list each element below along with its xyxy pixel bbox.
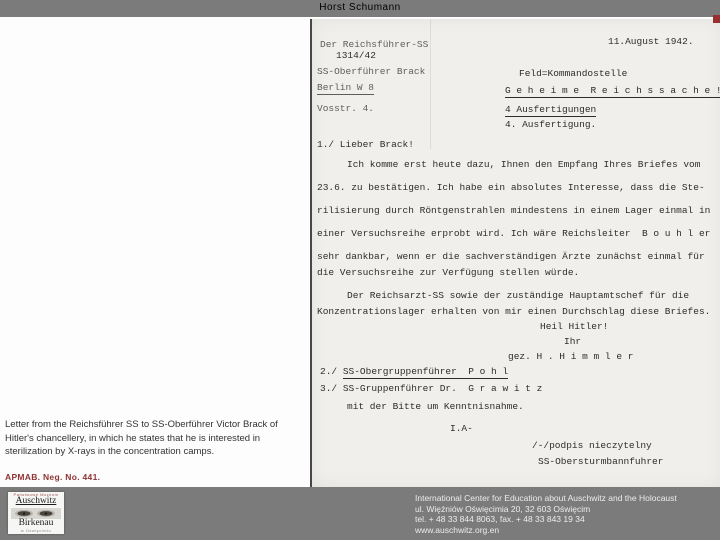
doc-body-line: die Versuchsreihe zur Verfügung stellen … [317,267,579,278]
doc-dist-note: mit der Bitte um Kenntnisnahme. [347,401,524,412]
doc-closing2: Ihr [564,336,581,347]
doc-distribution-3: 3./ SS-Gruppenführer Dr. G r a w i t z [320,383,542,394]
title-bar: Horst Schumann [0,0,720,17]
doc-sender: Der Reichsführer-SS [320,39,428,50]
footer-line-phone: tel. + 48 33 844 8063, fax. + 48 33 843 … [415,514,677,525]
footer-line-website: www.auschwitz.org.en [415,525,677,536]
doc-body-line: einer Versuchsreihe erprobt wird. Ich wä… [317,228,710,239]
paper-crease [430,19,431,149]
doc-distribution-2: 2./ SS-Obergruppenführer P o h l [320,366,508,377]
doc-dist2-prefix: 2./ [320,366,343,377]
doc-signature: gez. H . H i m m l e r [508,351,633,362]
doc-body-line: Ich komme erst heute dazu, Ihnen den Emp… [347,159,700,170]
footer-bar: Państwowe Muzeum Auschwitz Birkenau w Oś… [0,487,720,540]
doc-city: Berlin W 8 [317,82,374,95]
archive-reference: APMAB. Neg. No. 441. [5,472,100,482]
doc-street: Vosstr. 4. [317,103,374,114]
letter-document-image: Der Reichsführer-SS 1314/42 11.August 19… [310,19,720,487]
slide: Horst Schumann Der Reichsführer-SS 1314/… [0,0,720,540]
doc-dist3-name: SS-Gruppenführer Dr. G r a w i t z [343,383,543,394]
doc-dist2-name: SS-Obergruppenführer P o h l [343,366,508,379]
doc-dist3-prefix: 3./ [320,383,343,394]
doc-field-post: Feld=Kommandostelle [519,68,627,79]
doc-secret-stamp: G e h e i m e R e i c h s s a c h e ! [505,85,720,98]
footer-contact-block: International Center for Education about… [415,493,677,535]
doc-ia: I.A- [450,423,473,434]
auschwitz-birkenau-museum-logo: Państwowe Muzeum Auschwitz Birkenau w Oś… [8,492,64,534]
logo-bottom-text: w Oświęcimiu [8,529,64,533]
doc-date: 11.August 1942. [608,36,694,47]
doc-body-line: rilisierung durch Röntgenstrahlen mindes… [317,205,710,216]
doc-ref-no: 1314/42 [336,50,376,61]
doc-closing: Heil Hitler! [540,321,608,332]
eyes-icon [11,508,61,519]
footer-line-address: ul. Więźniów Oświęcimia 20, 32 603 Oświę… [415,504,677,515]
footer-line-institution: International Center for Education about… [415,493,677,504]
doc-recipient: SS-Oberführer Brack [317,66,425,77]
doc-copy-no: 4. Ausfertigung. [505,119,596,130]
doc-copies: 4 Ausfertigungen [505,104,596,117]
logo-name-birkenau: Birkenau [8,519,64,529]
page-title: Horst Schumann [0,2,720,13]
logo-name-auschwitz: Auschwitz [8,497,64,507]
doc-sig-note: /-/podpis nieczytelny [532,440,652,451]
doc-body-line: sehr dankbar, wenn er die sachverständig… [317,251,705,262]
red-edge-mark [713,15,720,23]
doc-sig-rank: SS-Obersturmbannfuhrer [538,456,663,467]
doc-body-line: Konzentrationslager erhalten von mir ein… [317,306,710,317]
doc-body-line: 23.6. zu bestätigen. Ich habe ein absolu… [317,182,705,193]
doc-salutation: 1./ Lieber Brack! [317,139,414,150]
caption-text: Letter from the Reichsführer SS to SS-Ob… [5,418,295,459]
doc-body-line: Der Reichsarzt-SS sowie der zuständige H… [347,290,689,301]
